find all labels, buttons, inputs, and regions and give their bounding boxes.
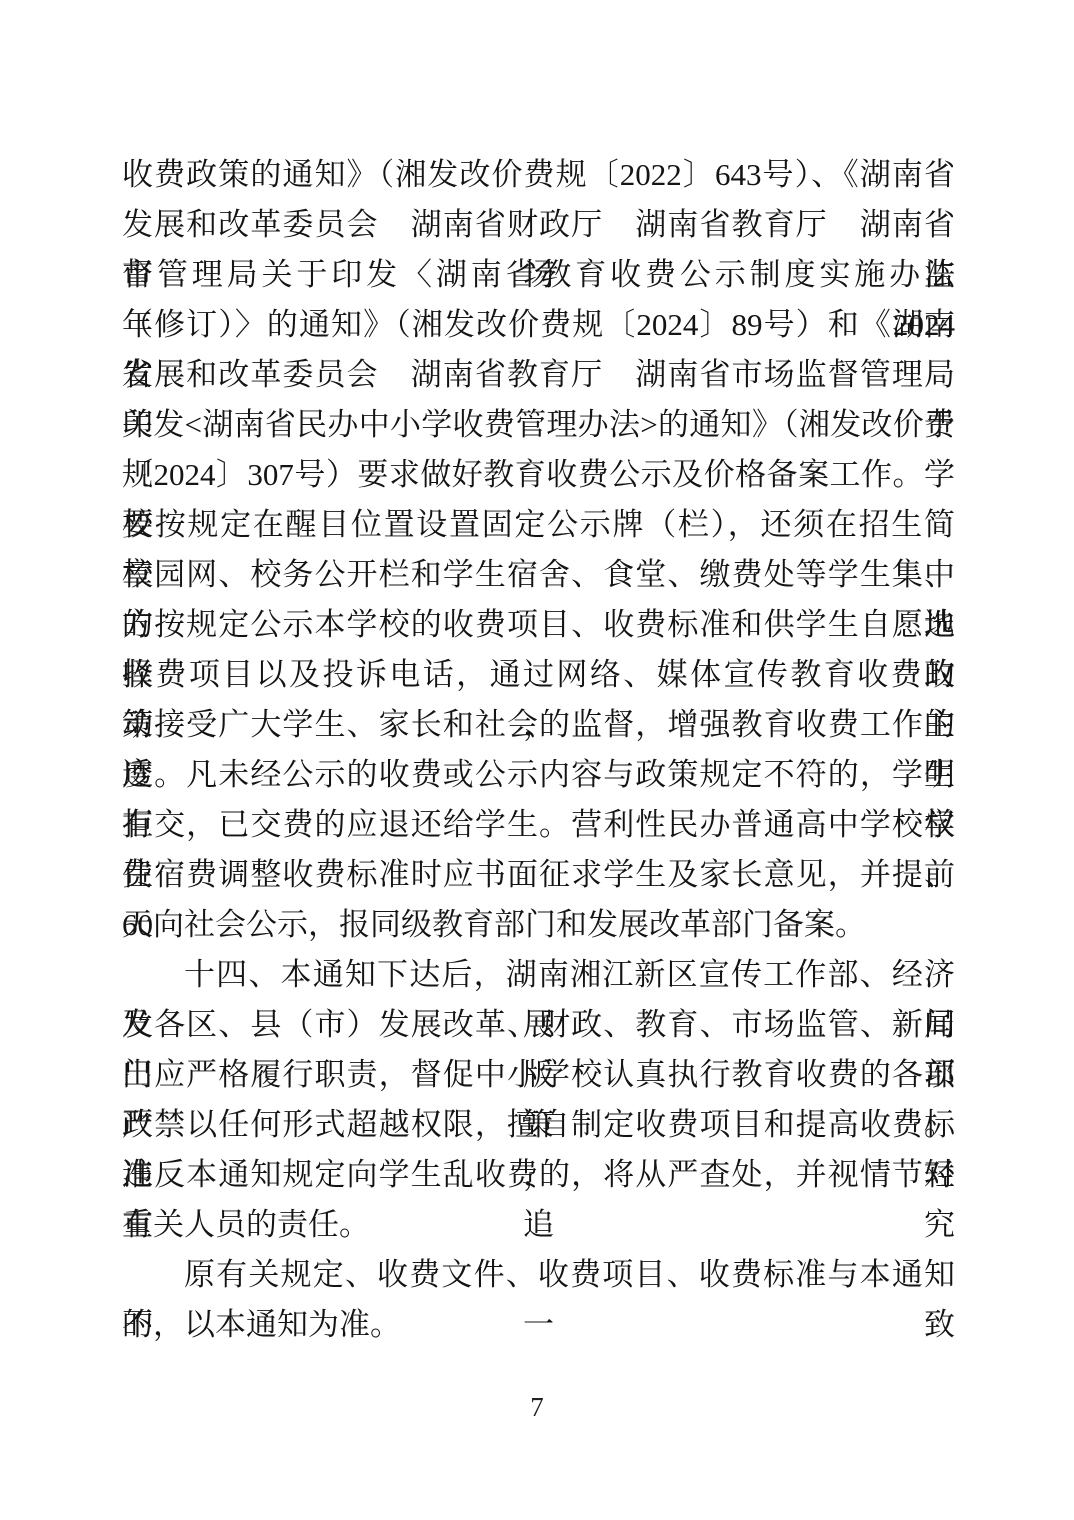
text-line: 督管理局关于印发〈湖南省教育收费公示制度实施办法（2024 — [122, 250, 955, 300]
text-line: 原有关规定、收费文件、收费项目、收费标准与本通知不一致 — [122, 1250, 955, 1300]
text-line: 门应严格履行职责，督促中小学校认真执行教育收费的各项政策。 — [122, 1050, 955, 1100]
text-line: 要按规定在醒目位置设置固定公示牌（栏），还须在招生简章、 — [122, 500, 955, 550]
page-number: 7 — [0, 1390, 1074, 1424]
text-line: 方按规定公示本学校的收费项目、收费标准和供学生自愿选择的 — [122, 600, 955, 650]
text-line: 收费政策的通知》（湘发改价费规〔2022〕643号）、《湖南省 — [122, 150, 955, 200]
text-line: 发展和改革委员会 湖南省教育厅 湖南省市场监督管理局关于 — [122, 350, 955, 400]
text-line: 违反本通知规定向学生乱收费的，将从严查处，并视情节轻重追究 — [122, 1150, 955, 1200]
text-line: 收费项目以及投诉电话，通过网络、媒体宣传教育收费政策，主 — [122, 650, 955, 700]
text-line: 发展和改革委员会 湖南省财政厅 湖南省教育厅 湖南省市场监 — [122, 200, 955, 250]
text-line: 印发<湖南省民办中小学收费管理办法>的通知》（湘发改价费规 — [122, 400, 955, 450]
text-line: 及各区、县（市）发展改革、财政、教育、市场监管、新闻出版部 — [122, 1000, 955, 1050]
text-line: 严禁以任何形式超越权限，擅自制定收费项目和提高收费标准，对 — [122, 1100, 955, 1150]
text-line: 度。凡未经公示的收费或公示内容与政策规定不符的，学生有权 — [122, 750, 955, 800]
text-line: 〔2024〕307号）要求做好教育收费公示及价格备案工作。学校 — [122, 450, 955, 500]
text-line: 拒交，已交费的应退还给学生。营利性民办普通高中学校学费、 — [122, 800, 955, 850]
text-line: 动接受广大学生、家长和社会的监督，增强教育收费工作的透明 — [122, 700, 955, 750]
document-page: 收费政策的通知》（湘发改价费规〔2022〕643号）、《湖南省发展和改革委员会 … — [0, 0, 1074, 1520]
text-line: 天向社会公示，报同级教育部门和发展改革部门备案。 — [122, 900, 955, 950]
text-line: 年修订）〉的通知》（湘发改价费规〔2024〕89号）和《湖南省 — [122, 300, 955, 350]
text-line: 校园网、校务公开栏和学生宿舍、食堂、缴费处等学生集中的地 — [122, 550, 955, 600]
text-line: 十四、本通知下达后，湖南湘江新区宣传工作部、经济发展局 — [122, 950, 955, 1000]
text-line: 住宿费调整收费标准时应书面征求学生及家长意见，并提前60 — [122, 850, 955, 900]
document-body: 收费政策的通知》（湘发改价费规〔2022〕643号）、《湖南省发展和改革委员会 … — [122, 150, 955, 1350]
